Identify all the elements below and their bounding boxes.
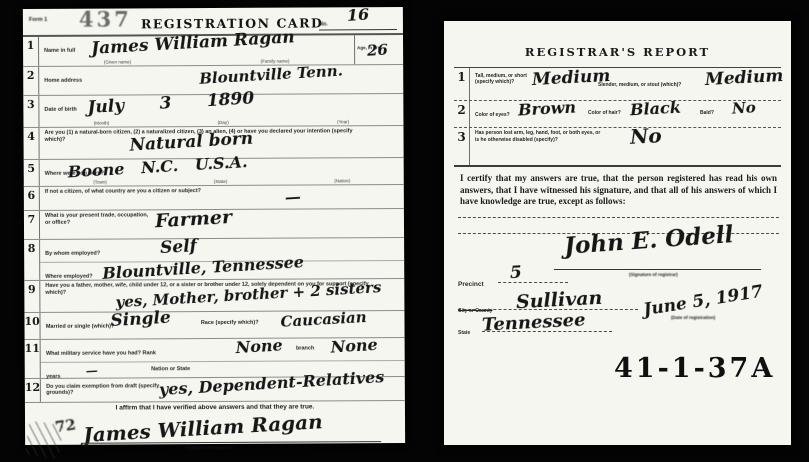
eye-color-label: Color of eyes? [475, 112, 510, 118]
row-number: 1 [23, 37, 39, 66]
card-number-label: No. [319, 21, 328, 27]
given-name-caption: (Given name) [104, 59, 131, 64]
row-number: 3 [454, 128, 470, 166]
family-name-caption: (Family name) [261, 59, 290, 64]
build-label: Slender, medium, or stout (which)? [598, 82, 681, 89]
registrars-report-card: REGISTRAR'S REPORT 1 Tall, medium, or sh… [444, 21, 791, 445]
row-number: 3 [23, 96, 39, 127]
occupation-value: Farmer [154, 208, 232, 231]
name-label: Name in full [44, 48, 75, 54]
row-eyes-hair: 2 Color of eyes? Brown Color of hair? Bl… [454, 101, 781, 128]
employment-place-label: Where employed? [45, 274, 92, 280]
marital-value: Single [110, 310, 171, 330]
row-birthplace: 5 Where were you born? Boone N.C. U.S.A.… [24, 158, 404, 187]
report-rows: 1 Tall, medium, or short (specify which)… [454, 67, 781, 166]
row-number: 10 [24, 313, 40, 339]
row-number: 8 [24, 240, 40, 280]
build-value: Medium [705, 68, 784, 89]
age-value: 26 [367, 43, 389, 59]
race-label: Race (specify which)? [201, 320, 259, 327]
military-years-value: — [86, 364, 99, 377]
section-divider [454, 165, 781, 167]
registration-date-field: June 5, 1917 (Date of registration) [643, 289, 773, 329]
row-occupation: 7 What is your present trade, occupation… [24, 209, 404, 240]
day-caption: (Day) [218, 120, 229, 125]
registrant-signature: James William Ragan [83, 411, 323, 445]
card-title: REGISTRATION CARD [141, 15, 323, 31]
nation-or-state-label: Nation or State [151, 366, 190, 373]
citizenship-value: Natural born [129, 131, 253, 155]
bald-value: No [732, 100, 756, 116]
row-number: 2 [454, 101, 470, 127]
military-rank-value: None [236, 337, 284, 356]
document-scan: { "colors": { "background": "#040404", "… [0, 0, 809, 462]
signature-area: 72 James William Ragan (Signature of reg… [25, 415, 405, 459]
registration-date-value: June 5, 1917 [642, 284, 764, 320]
row-number: 12 [25, 379, 41, 402]
home-address-label: Home address [44, 78, 82, 84]
age-field: Age, in yrs. 26 [354, 35, 403, 64]
row-number: 6 [24, 187, 40, 210]
row-name: 1 Name in full James William Ragan (Give… [23, 35, 403, 67]
alien-citizenship-value: — [284, 189, 301, 206]
registrar-signature-line [554, 269, 761, 270]
card-number-field: No. 16 [319, 11, 397, 30]
precinct-label: Precinct [458, 281, 484, 288]
year-caption: (Year) [337, 119, 349, 124]
row-exemption: 12 Do you claim exemption from draft (sp… [25, 377, 405, 403]
row-number: 9 [24, 281, 40, 312]
row-number: 2 [23, 67, 39, 95]
county-value: Sullivan [516, 289, 603, 312]
employer-value: Self [160, 238, 198, 257]
registrar-signature: John E. Odell [563, 223, 734, 258]
precinct-line [498, 282, 568, 283]
town-caption: (Town) [93, 180, 107, 185]
corner-stamp: 72 [54, 415, 77, 436]
exemption-label: Do you claim exemption from draft (speci… [46, 383, 166, 397]
military-branch-label: branch [296, 345, 314, 352]
row-disability: 3 Has person lost arm, leg, hand, foot, … [454, 128, 781, 166]
state-label: State [458, 330, 470, 336]
marital-label: Married or single (which)? [46, 324, 114, 331]
row-date-of-birth: 3 Date of birth July 3 1890 (Month) (Day… [23, 94, 403, 128]
signature-line [81, 441, 381, 444]
precinct-value: 5 [510, 265, 523, 283]
alien-citizenship-label: If not a citizen, of what country are yo… [45, 188, 275, 196]
form-number-label: Form 1 [29, 17, 47, 23]
disability-value: No [629, 125, 662, 147]
registrar-signature-caption: (Signature of registrar) [629, 272, 678, 277]
row-employer: 8 By whom employed? Self Where employed?… [24, 238, 404, 281]
month-caption: (Month) [94, 121, 110, 126]
certification-text: I certify that my answers are true, that… [460, 173, 777, 208]
height-label: Tall, medium, or short (specify which)? [475, 73, 537, 86]
row-dependents: 9 Have you a father, mother, wife, child… [24, 279, 404, 313]
birth-date-label: Date of birth [44, 107, 76, 113]
row-number: 1 [454, 68, 470, 100]
state-field: State Tennessee [458, 321, 648, 339]
disability-label: Has person lost arm, leg, hand, foot, or… [475, 130, 605, 143]
hair-color-label: Color of hair? [588, 110, 621, 117]
military-service-label: What military service have you had? Rank [46, 350, 156, 357]
employer-label: By whom employed? [45, 251, 100, 257]
row-number: 4 [23, 128, 39, 159]
nation-caption: (Nation) [334, 178, 350, 183]
serial-number-stamp: 437 [79, 6, 132, 31]
bald-label: Bald? [700, 110, 714, 117]
military-branch-value: None [331, 337, 379, 356]
row-build: 1 Tall, medium, or short (specify which)… [454, 68, 781, 101]
row-number: 11 [25, 340, 42, 378]
report-title: REGISTRAR'S REPORT [444, 45, 791, 59]
row-number: 5 [24, 160, 40, 186]
state-caption: (State) [214, 179, 228, 184]
registration-date-caption: (Date of registration) [671, 315, 715, 320]
row-number: 7 [24, 211, 40, 239]
blank-line [458, 217, 779, 218]
race-value: Caucasian [280, 310, 367, 330]
occupation-label: What is your present trade, occupation, … [45, 212, 155, 226]
registration-card: Form 1 437 REGISTRATION CARD No. 16 1 Na… [23, 7, 405, 445]
eye-color-value: Brown [518, 99, 577, 118]
card-number-value: 16 [346, 7, 369, 24]
home-address-value: Blountville Tenn. [199, 64, 343, 87]
hair-color-value: Black [630, 100, 682, 119]
file-number-stamp: 41-1-37A [614, 353, 775, 384]
signature-caption: (Signature of registrant) [185, 445, 232, 450]
